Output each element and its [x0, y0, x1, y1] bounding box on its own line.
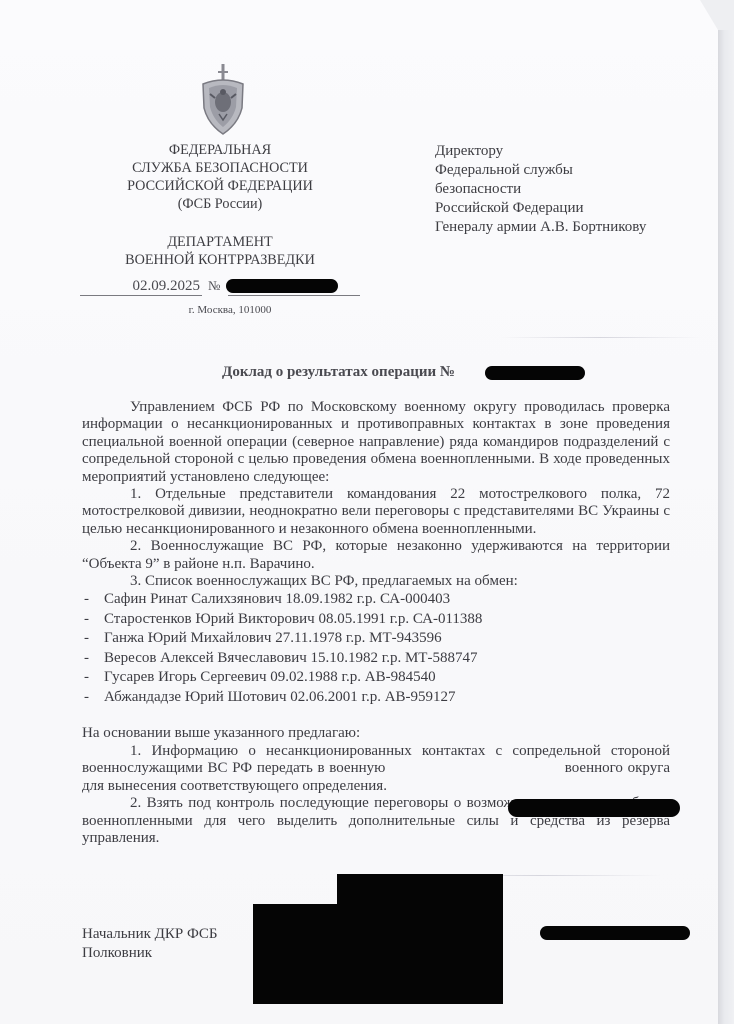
finding-paragraph: 1. Отдельные представители командования …: [82, 486, 670, 538]
signer-rank: Полковник: [82, 944, 217, 963]
org-line: (ФСБ России): [100, 195, 340, 213]
org-line: ФЕДЕРАЛЬНАЯ: [100, 141, 340, 159]
addressee-line: Федеральной службы: [435, 161, 646, 180]
proposal-paragraph: 1. Информацию о несанкционированных конт…: [82, 743, 670, 795]
personnel-list-item: -Старостенков Юрий Викторович 08.05.1991…: [82, 610, 670, 630]
addressee-line: Российской Федерации: [435, 199, 646, 218]
document-body: Управлением ФСБ РФ по Московскому военно…: [82, 399, 670, 847]
organization-header: ФЕДЕРАЛЬНАЯ СЛУЖБА БЕЗОПАСНОСТИ РОССИЙСК…: [100, 141, 340, 269]
finding-paragraph: 2. Военнослужащие ВС РФ, которые незакон…: [82, 538, 670, 573]
personnel-list-item: -Гусарев Игорь Сергеевич 09.02.1988 г.р.…: [82, 668, 670, 688]
personnel-list-item: -Абжандадзе Юрий Шотович 02.06.2001 г.р.…: [82, 688, 670, 708]
fsb-emblem-icon: [198, 62, 248, 138]
redacted-document-number: [226, 279, 338, 293]
redacted-name: [540, 926, 690, 940]
intro-paragraph: Управлением ФСБ РФ по Московскому военно…: [82, 399, 670, 486]
document-title: Доклад о результатах операции №: [222, 364, 455, 381]
addressee-block: Директору Федеральной службы безопасност…: [435, 142, 646, 237]
signer-position: Начальник ДКР ФСБ: [82, 925, 217, 944]
redacted-recipient: [508, 799, 680, 817]
personnel-list-item: -Вересов Алексей Вячеславович 15.10.1982…: [82, 649, 670, 669]
finding-paragraph: 3. Список военнослужащих ВС РФ, предлага…: [82, 573, 670, 590]
addressee-line: Генералу армии А.В. Бортникову: [435, 218, 646, 237]
addressee-line: безопасности: [435, 180, 646, 199]
redacted-signature: [253, 904, 503, 1004]
department-line: ДЕПАРТАМЕНТ: [100, 233, 340, 251]
proposal-intro: На основании выше указанного предлагаю:: [82, 725, 670, 742]
org-line: РОССИЙСКОЙ ФЕДЕРАЦИИ: [100, 177, 340, 195]
personnel-list-item: -Ганжа Юрий Михайлович 27.11.1978 г.р. М…: [82, 629, 670, 649]
addressee-line: Директору: [435, 142, 646, 161]
document-date: 02.09.2025: [80, 277, 202, 296]
personnel-list-item: -Сафин Ринат Салихзянович 18.09.1982 г.р…: [82, 590, 670, 610]
redacted-operation-number: [485, 366, 585, 380]
document-number-label: №: [208, 278, 220, 294]
personnel-list: -Сафин Ринат Салихзянович 18.09.1982 г.р…: [82, 590, 670, 707]
department-line: ВОЕННОЙ КОНТРРАЗВЕДКИ: [100, 251, 340, 269]
scan-crease: [500, 337, 700, 338]
document-number-underline: [228, 295, 360, 296]
document-city: г. Москва, 101000: [100, 304, 360, 316]
page-edge-shadow: [718, 30, 734, 1024]
org-line: СЛУЖБА БЕЗОПАСНОСТИ: [100, 159, 340, 177]
signature-block: Начальник ДКР ФСБ Полковник: [82, 925, 217, 963]
redacted-text-block: [337, 874, 503, 904]
